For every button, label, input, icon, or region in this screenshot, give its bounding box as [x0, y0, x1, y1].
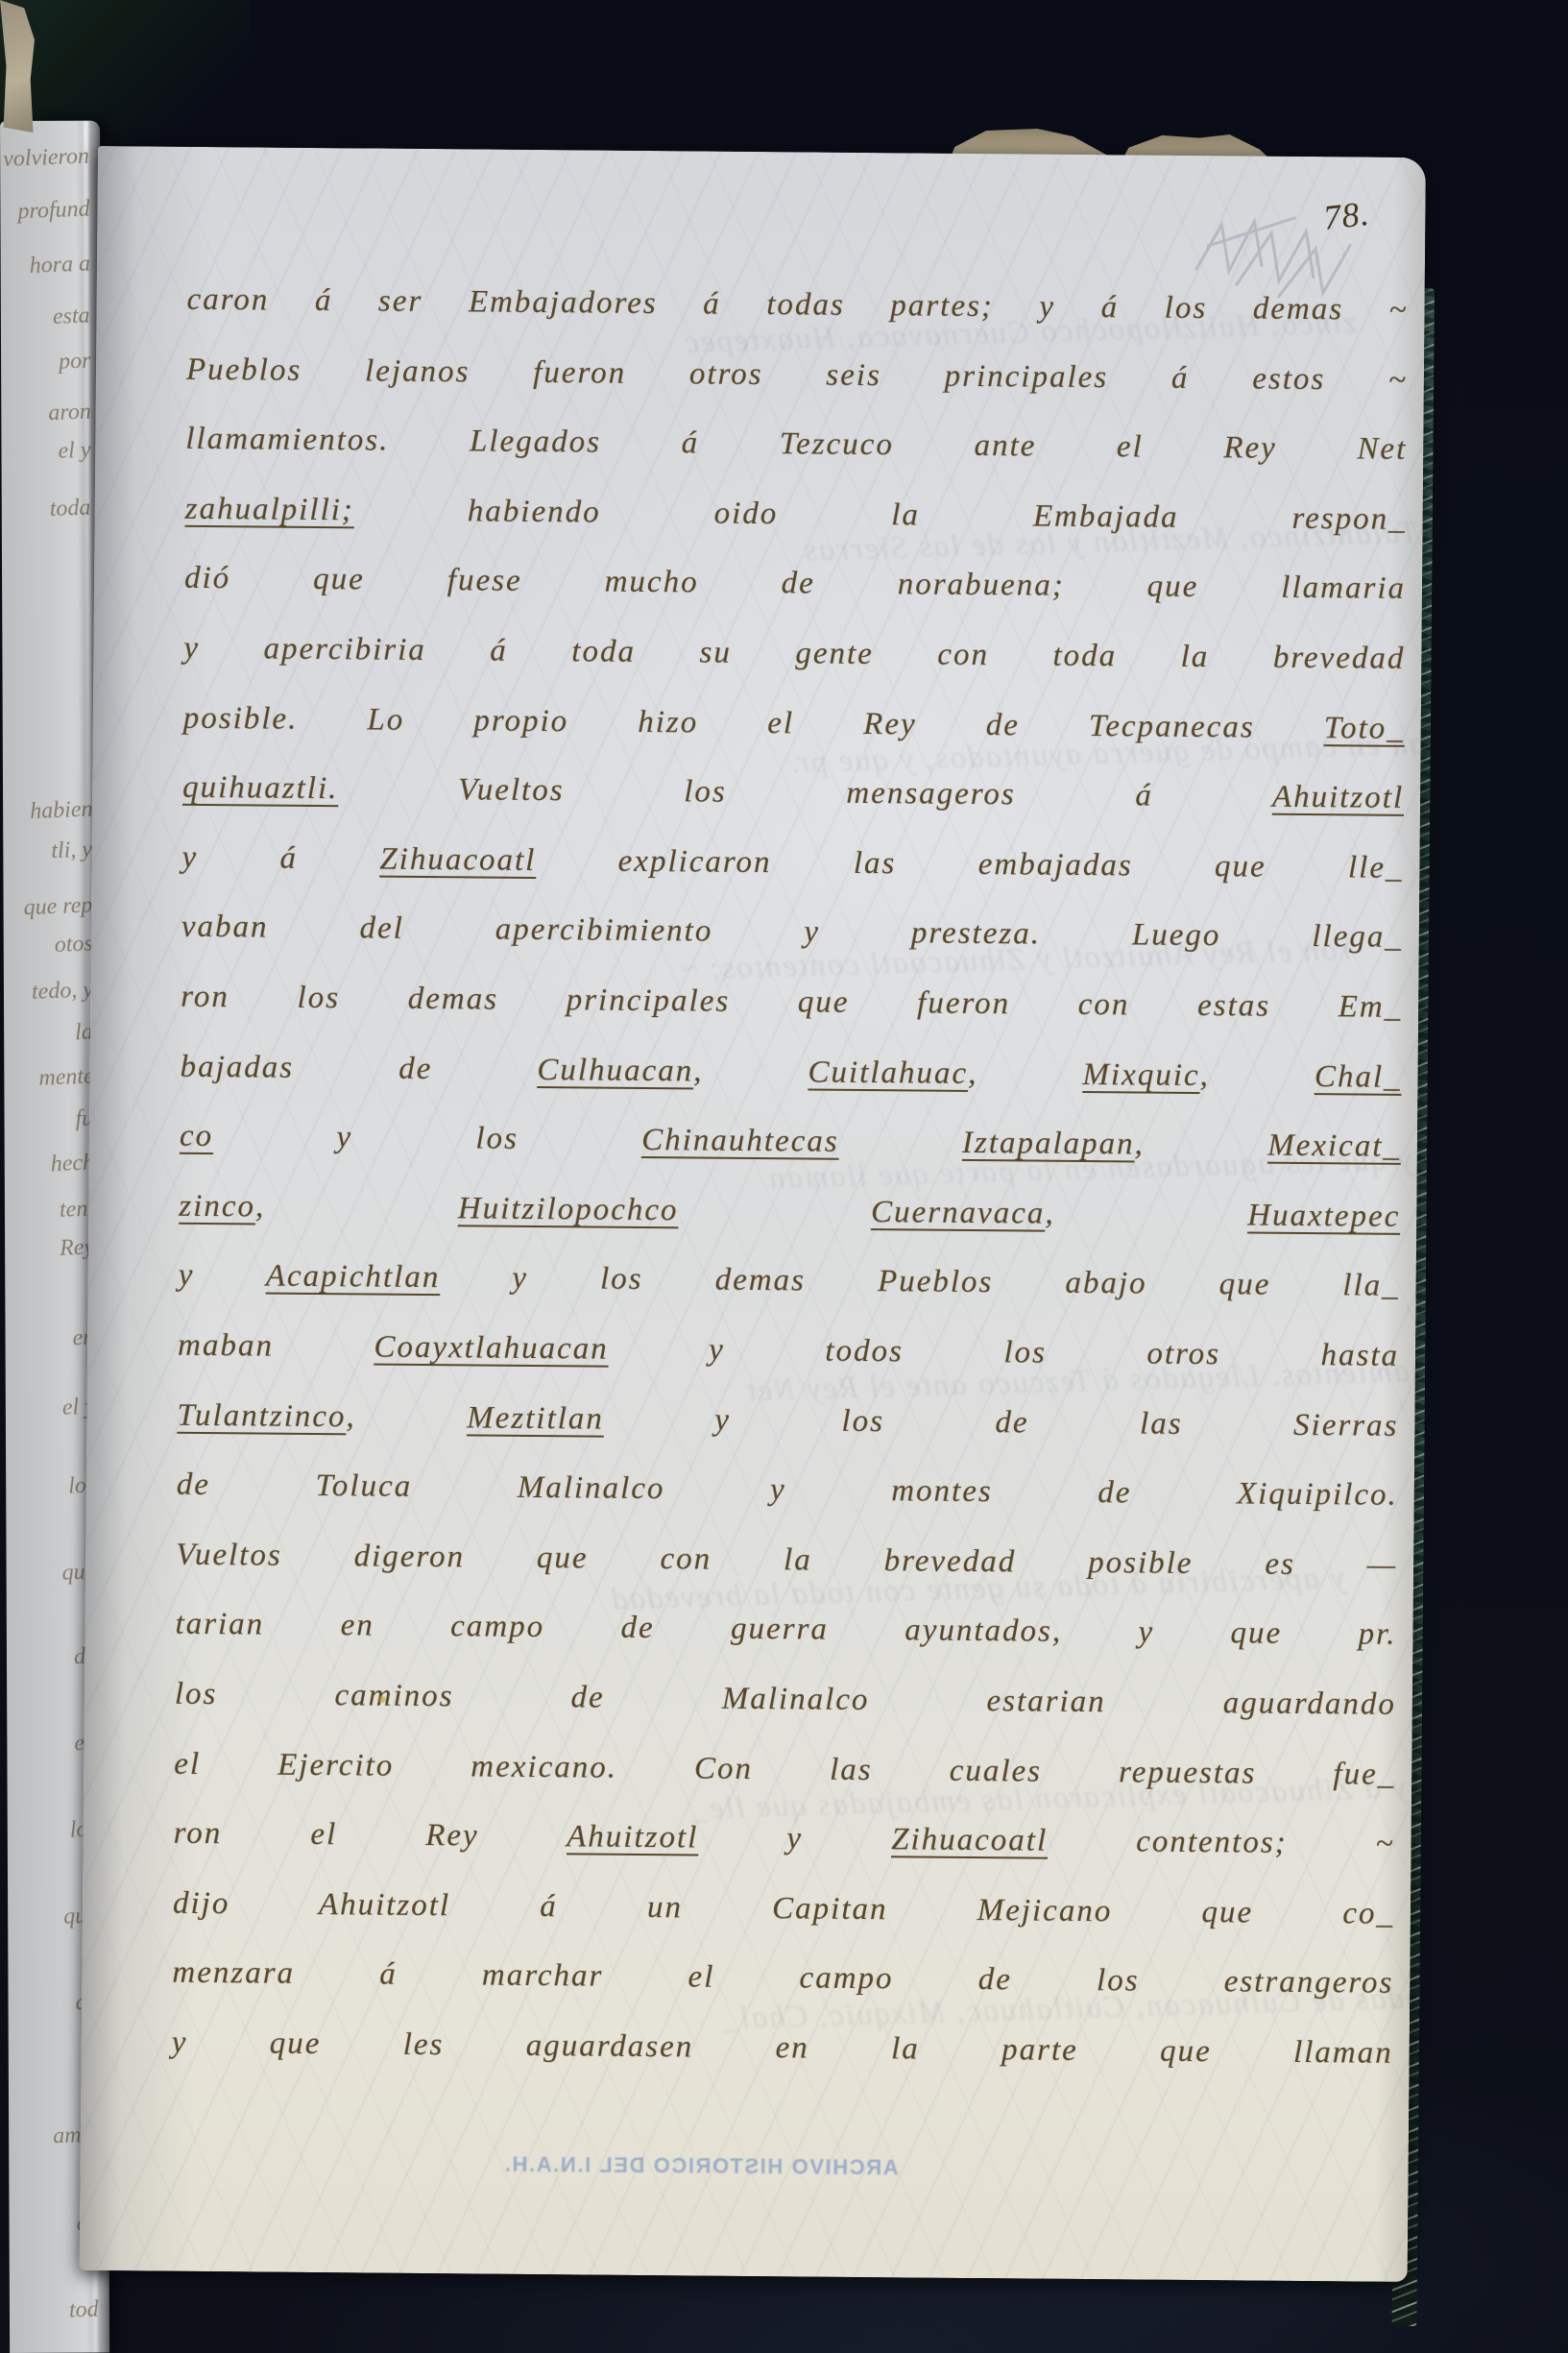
underlined-name: co: [180, 1119, 213, 1153]
text-segment: Pueblos lejanos fueron otros seis princi…: [186, 352, 1408, 397]
manuscript-line: los caminos de Malinalco estarian aguard…: [175, 1666, 1396, 1736]
manuscript-line: caron á ser Embajadores á todas partes; …: [186, 272, 1408, 342]
text-segment: ,: [693, 1054, 808, 1089]
margin-fragment: otos: [54, 932, 93, 958]
text-segment: ron los demas principales que fueron con…: [181, 980, 1402, 1025]
manuscript-line: de Toluca Malinalco y montes de Xiquipil…: [177, 1457, 1398, 1527]
margin-fragment: por: [58, 349, 90, 375]
manuscript-line: zinco, Huitzilopochco Cuernavaca, Huaxte…: [179, 1178, 1400, 1249]
margin-fragment: hora a: [29, 252, 90, 279]
underlined-name: Cuernavaca: [871, 1195, 1046, 1231]
manuscript-line: zahualpilli; habiendo oido la Embajada r…: [184, 481, 1406, 551]
folio-number: 78.: [1321, 193, 1371, 238]
text-segment: Vueltos los mensageros á: [338, 771, 1272, 813]
margin-fragment: tod: [69, 2297, 100, 2323]
text-segment: y los: [213, 1119, 641, 1157]
foxing-spot: [377, 1696, 386, 1703]
manuscript-photo: volvieronprofundhora aestaporaronel ytod…: [0, 0, 1568, 2353]
underlined-name: Mexicat_: [1267, 1128, 1401, 1164]
manuscript-line: Vueltos digeron que con la brevedad posi…: [176, 1527, 1397, 1597]
manuscript-line: y apercibiria á toda su gente con toda l…: [183, 620, 1405, 691]
manuscript-line: y Acapichtlan y los demas Pueblos abajo …: [178, 1248, 1399, 1318]
text-segment: llamamientos. Llegados á Tezcuco ante el…: [185, 422, 1407, 467]
text-segment: bajadas de: [180, 1049, 537, 1086]
margin-fragment: habien: [29, 797, 92, 825]
underlined-name: Ahuitzotl: [1272, 780, 1404, 815]
underlined-name: Acapichtlan: [266, 1259, 441, 1296]
text-segment: posible. Lo propio hizo el Rey de Tecpan…: [183, 700, 1324, 744]
text-segment: el Ejercito mexicano. Con las cuales rep…: [174, 1746, 1395, 1791]
manuscript-line: menzara á marchar el campo de los estran…: [172, 1945, 1393, 2015]
manuscript-line: maban Coayxtlahuacan y todos los otros h…: [178, 1318, 1399, 1388]
manuscript-line: Pueblos lejanos fueron otros seis princi…: [186, 341, 1408, 411]
text-segment: maban: [178, 1328, 374, 1365]
margin-fragment: el y: [58, 438, 91, 464]
underlined-name: Zihuacoatl: [379, 841, 536, 877]
margin-fragment: toda: [50, 496, 92, 522]
manuscript-line: llamamientos. Llegados á Tezcuco ante el…: [185, 411, 1407, 481]
text-segment: ,: [1199, 1058, 1315, 1094]
text-segment: tarian en campo de guerra ayuntados, y q…: [175, 1607, 1396, 1652]
text-segment: de Toluca Malinalco y montes de Xiquipil…: [177, 1468, 1398, 1513]
underlined-name: Cuitlahuac: [808, 1055, 968, 1090]
underlined-name: Culhuacan: [537, 1053, 693, 1088]
text-segment: y: [179, 1258, 266, 1294]
manuscript-line: el Ejercito mexicano. Con las cuales rep…: [174, 1735, 1395, 1806]
text-segment: los caminos de Malinalco estarian aguard…: [175, 1677, 1396, 1722]
underlined-name: Huitzilopochco: [458, 1191, 679, 1227]
manuscript-line: ron el Rey Ahuitzotl y Zihuacoatl conten…: [173, 1806, 1394, 1876]
manuscript-line: bajadas de Culhuacan, Cuitlahuac, Mixqui…: [180, 1038, 1401, 1108]
manuscript-line: y que les aguardasen en la parte que lla…: [171, 2015, 1392, 2085]
underlined-name: Chinauhtecas: [641, 1123, 839, 1159]
manuscript-line: vaban del apercibimiento y presteza. Lue…: [181, 899, 1403, 969]
text-segment: y los demas Pueblos abajo que lla_: [440, 1261, 1400, 1304]
manuscript-text: caron á ser Embajadores á todas partes; …: [171, 272, 1409, 2165]
text-segment: y: [698, 1821, 891, 1857]
underlined-name: Ahuitzotl: [567, 1820, 698, 1856]
text-segment: Vueltos digeron que con la brevedad posi…: [176, 1538, 1397, 1583]
text-segment: dió que fuese mucho de norabuena; que ll…: [184, 561, 1406, 606]
margin-fragment: volvieron: [3, 144, 90, 173]
text-segment: ,: [1134, 1128, 1267, 1163]
text-segment: y que les aguardasen en la parte que lla…: [172, 2026, 1393, 2071]
underlined-name: zinco: [179, 1189, 255, 1225]
underlined-name: Iztapalapan: [962, 1126, 1135, 1162]
underlined-name: Mixquic: [1082, 1057, 1199, 1093]
underlined-name: Zihuacoatl: [891, 1822, 1048, 1857]
underlined-name: Meztitlan: [467, 1400, 604, 1436]
underlined-name: Toto_: [1324, 711, 1405, 746]
text-segment: ,: [1045, 1196, 1247, 1232]
text-segment: menzara á marchar el campo de los estran…: [172, 1955, 1393, 2001]
text-segment: y los de las Sierras: [604, 1401, 1399, 1443]
manuscript-line: y á Zihuacoatl explicaron las embajadas …: [181, 830, 1403, 900]
manuscript-line: quihuaztli. Vueltos los mensageros á Ahu…: [182, 760, 1404, 830]
text-segment: habiendo oido la Embajada respon_: [354, 493, 1407, 537]
text-segment: ron el Rey: [174, 1816, 567, 1855]
margin-fragment: tli, y: [51, 837, 93, 864]
margin-fragment: mente: [38, 1064, 94, 1091]
text-segment: contentos; ~: [1048, 1824, 1395, 1861]
text-segment: explicaron las embajadas que lle_: [536, 843, 1403, 885]
underlined-name: Coayxtlahuacan: [374, 1330, 609, 1367]
text-segment: y todos los otros hasta: [609, 1332, 1400, 1373]
manuscript-line: tarian en campo de guerra ayuntados, y q…: [175, 1596, 1396, 1666]
text-segment: [678, 1193, 871, 1229]
margin-fragment: hech: [50, 1151, 94, 1177]
underlined-name: zahualpilli;: [185, 492, 354, 528]
margin-fragment: aron: [47, 400, 90, 426]
underlined-name: Tulantzinco: [177, 1397, 346, 1434]
margin-fragment: profund: [17, 197, 90, 225]
margin-fragment: tedo, y: [32, 978, 94, 1005]
margin-fragment: esta: [53, 303, 91, 329]
manuscript-line: co y los Chinauhtecas Iztapalapan, Mexic…: [180, 1108, 1401, 1178]
manuscript-line: ron los demas principales que fueron con…: [181, 969, 1402, 1039]
underlined-name: Huaxtepec: [1247, 1198, 1400, 1233]
archive-stamp: ARCHIVO HISTORICO DEL I.N.A.H.: [524, 2149, 899, 2185]
text-segment: [839, 1125, 963, 1160]
manuscript-line: posible. Lo propio hizo el Rey de Tecpan…: [183, 690, 1405, 760]
manuscript-page: zinco, Huitzilopochco Cuernavaca, Huaxte…: [80, 146, 1426, 2282]
margin-fragment: que rep: [23, 893, 93, 921]
manuscript-line: dijo Ahuitzotl á un Capitan Mejicano que…: [173, 1876, 1394, 1946]
text-segment: y apercibiria á toda su gente con toda l…: [183, 631, 1405, 676]
manuscript-line: Tulantzinco, Meztitlan y los de las Sier…: [177, 1387, 1398, 1457]
manuscript-line: dió que fuese mucho de norabuena; que ll…: [184, 550, 1406, 620]
text-segment: ,: [968, 1056, 1083, 1092]
text-segment: dijo Ahuitzotl á un Capitan Mejicano que…: [173, 1886, 1394, 1931]
underlined-name: Chal_: [1315, 1059, 1402, 1095]
text-segment: ,: [255, 1189, 458, 1225]
underlined-name: quihuaztli.: [182, 770, 339, 806]
text-segment: ,: [346, 1399, 467, 1435]
text-segment: y á: [181, 840, 379, 877]
text-segment: vaban del apercibimiento y presteza. Lue…: [181, 910, 1403, 955]
text-segment: caron á ser Embajadores á todas partes; …: [186, 282, 1408, 327]
